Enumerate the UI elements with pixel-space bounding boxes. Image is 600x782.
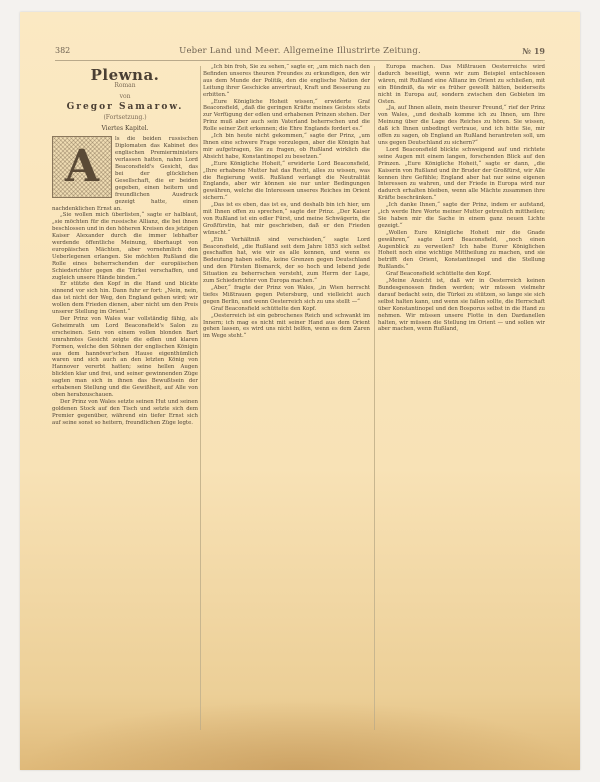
paragraph: „Oesterreich ist ein gebrochenes Reich u… [203, 313, 370, 341]
column-3: Europa machen. Das Mißtrauen Oesterreich… [378, 64, 545, 732]
paragraph: Der Prinz von Wales war vollständig fähi… [52, 316, 198, 399]
paragraph: „Ich bin heute nicht gekommen,“ sagte de… [203, 133, 370, 161]
article-title-block: Plewna. Roman von Gregor Samarow. (Forts… [52, 72, 198, 132]
paragraph: „Eure Königliche Hoheit wissen,“ erwider… [203, 99, 370, 134]
paragraph: „Ein Verhältniß sind verschieden,“ sagte… [203, 237, 370, 285]
publication-title: Ueber Land und Meer. Allgemeine Illustri… [55, 46, 545, 56]
column-2-text: „Ich bin froh, Sie zu sehen,“ sagte er, … [203, 64, 370, 340]
paragraph: „Sie wollen mich überlisten,“ sagte er h… [52, 212, 198, 281]
paragraph: „Ja, auf Ihnen allein, mein theurer Freu… [378, 105, 545, 146]
column-2: „Ich bin froh, Sie zu sehen,“ sagte er, … [203, 64, 370, 732]
article-author: Gregor Samarow. [52, 104, 198, 111]
paragraph: „Eure Königliche Hoheit,“ erwiderte Lord… [203, 161, 370, 202]
column-3-text: Europa machen. Das Mißtrauen Oesterreich… [378, 64, 545, 333]
chapter-heading: Viertes Kapitel. [52, 126, 198, 133]
article-title: Plewna. [52, 72, 198, 79]
paragraph: Der Prinz von Wales setzte seinen Hut un… [52, 399, 198, 427]
column-divider [374, 66, 375, 730]
paragraph: „Ich bin froh, Sie zu sehen,“ sagte er, … [203, 64, 370, 99]
paragraph: „Das ist es eben, das ist es, und deshal… [203, 202, 370, 237]
paragraph: Graf Beaconsfield schüttelte den Kopf. [203, 306, 370, 313]
paragraph: „Wollen Eure Königliche Hoheit mir die G… [378, 230, 545, 271]
paragraph: Graf Beaconsfield schüttelte den Kopf. [378, 271, 545, 278]
paragraph: Lord Beaconsfield blickte schweigend auf… [378, 147, 545, 202]
article-continuation: (Fortsetzung.) [52, 115, 198, 122]
paragraph: Europa machen. Das Mißtrauen Oesterreich… [378, 64, 545, 105]
column-1: Plewna. Roman von Gregor Samarow. (Forts… [52, 64, 198, 732]
ornamental-initial-icon: A [52, 136, 112, 198]
article-genre: Roman [52, 83, 198, 90]
paragraph: „Aber,“ fragte der Prinz von Wales, „in … [203, 285, 370, 306]
newspaper-page: 382 Ueber Land und Meer. Allgemeine Illu… [20, 12, 580, 770]
article-by: von [52, 94, 198, 101]
issue-number: № 19 [522, 46, 545, 56]
drop-cap-letter: A [53, 137, 111, 197]
paragraph: „Meine Ansicht ist, daß wir in Oesterrei… [378, 278, 545, 333]
paragraph: „Ich danke Ihnen,“ sagte der Prinz, inde… [378, 202, 545, 230]
column-divider [200, 66, 201, 730]
page-header: 382 Ueber Land und Meer. Allgemeine Illu… [55, 44, 545, 61]
paragraph: Er stützte den Kopf in die Hand und blic… [52, 281, 198, 316]
